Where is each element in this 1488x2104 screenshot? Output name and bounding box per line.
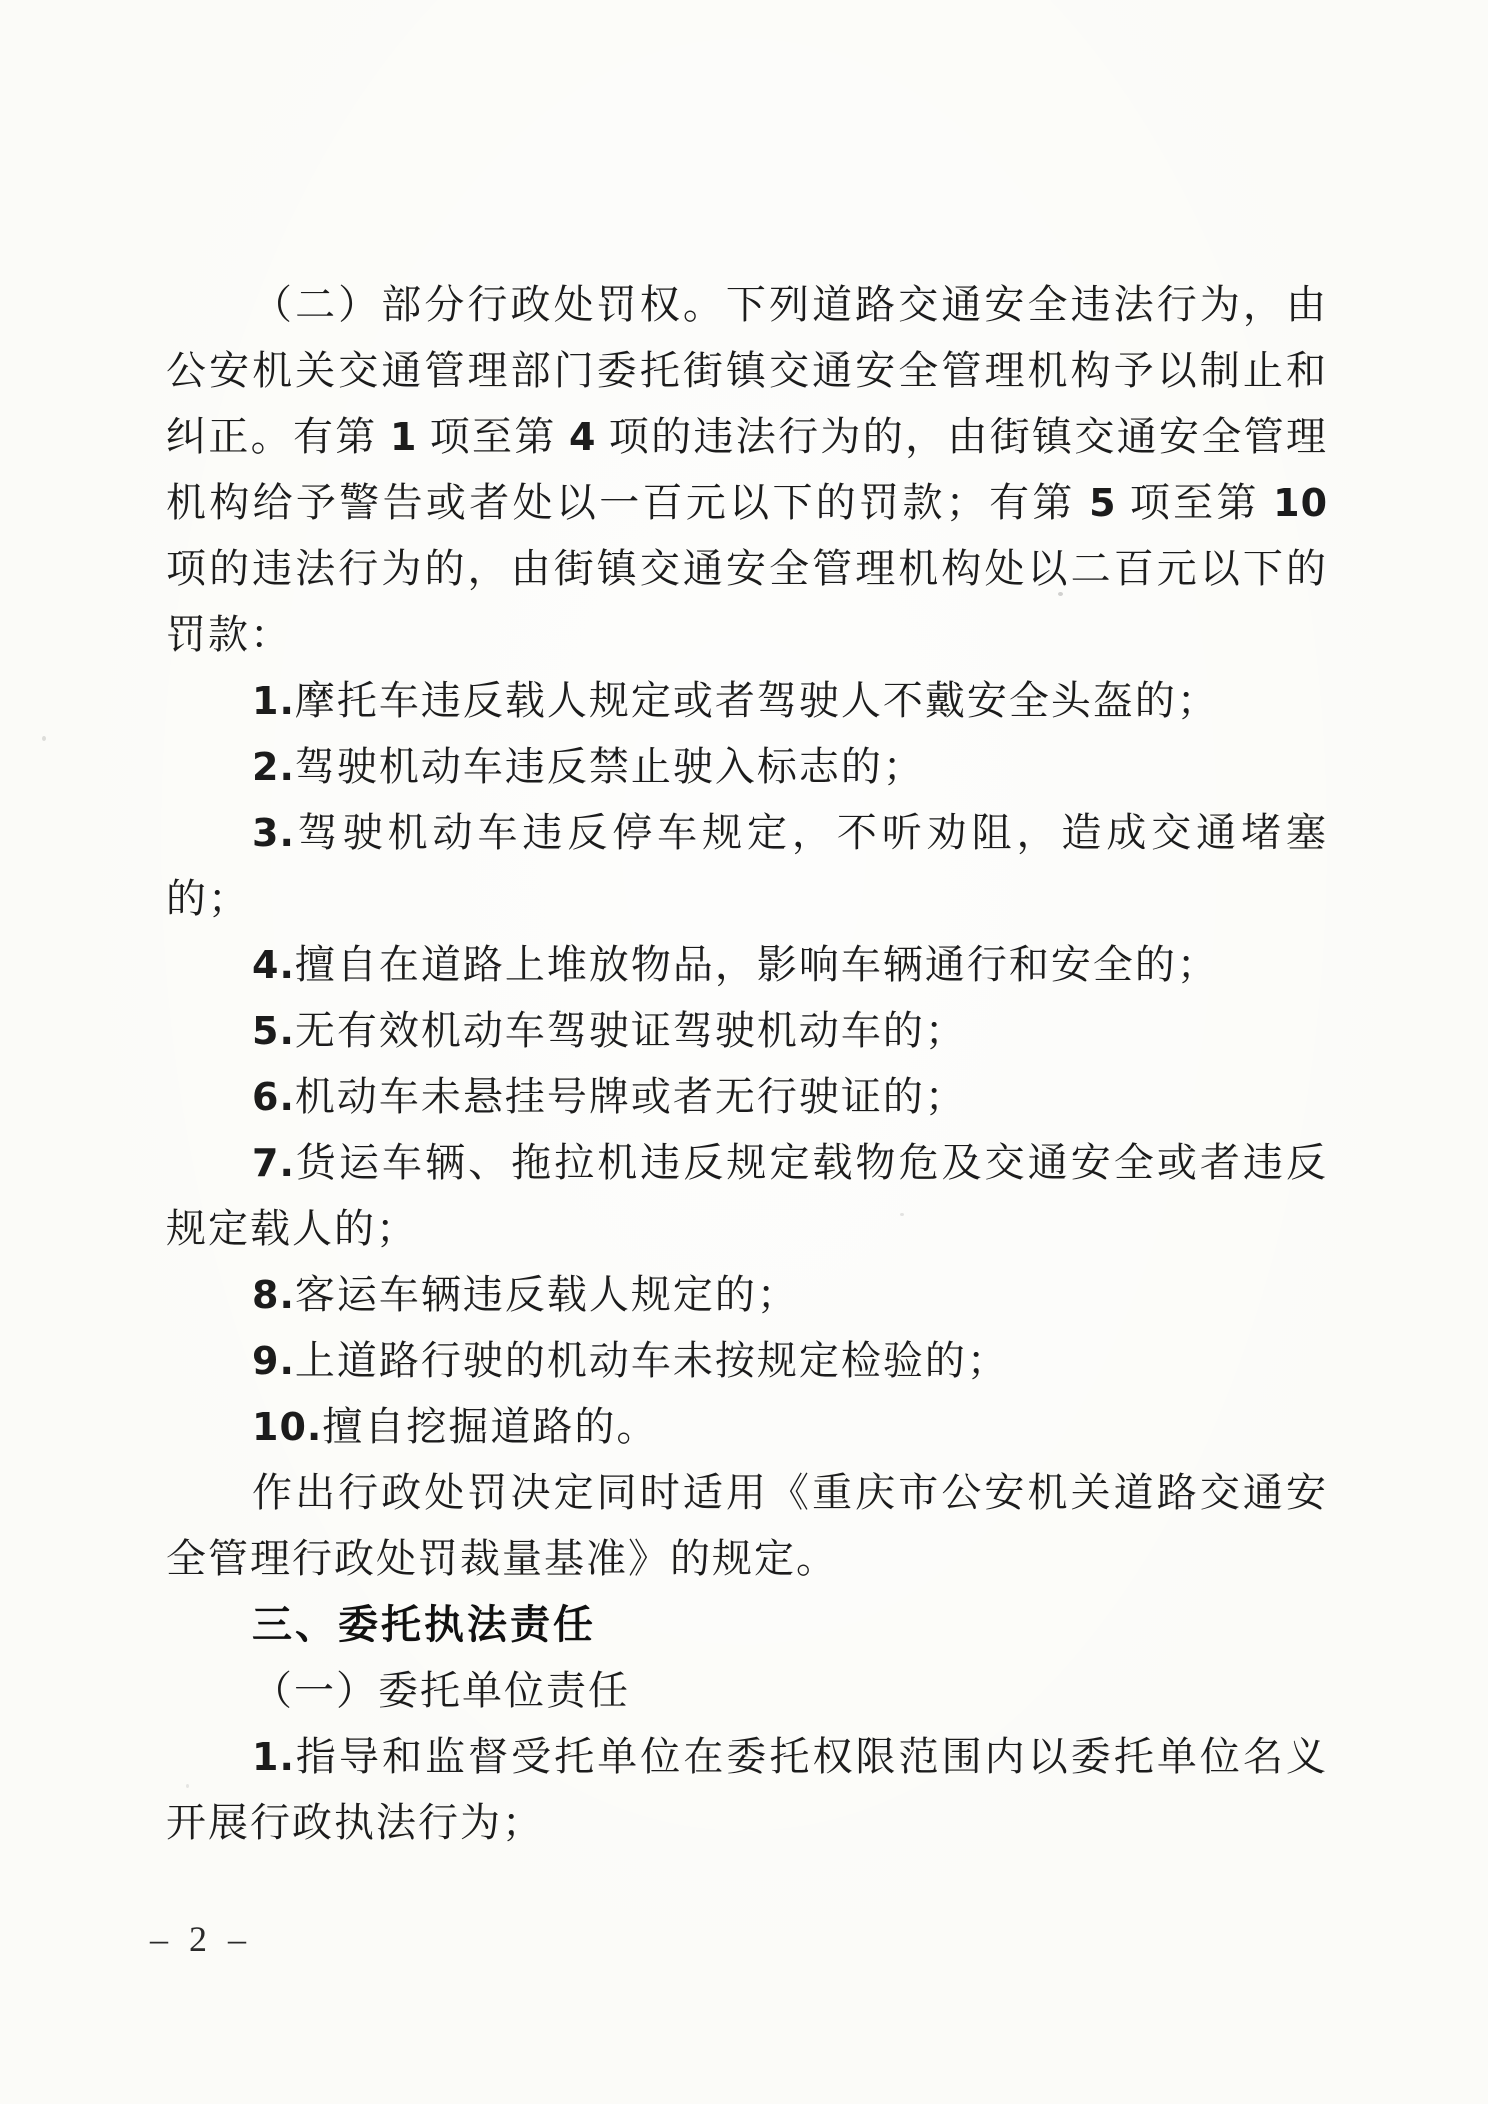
item-text: 货运车辆、拖拉机违反规定载物危及交通安全或者违反规定载人的； bbox=[166, 1140, 1328, 1251]
violation-item-2: 2.驾驶机动车违反禁止驶入标志的； bbox=[166, 734, 1328, 800]
paragraph-delegated-penalty-intro: （二）部分行政处罚权。下列道路交通安全违法行为，由公安机关交通管理部门委托街镇交… bbox=[166, 272, 1328, 668]
subsection-heading-entrusting-unit-duty: （一）委托单位责任 bbox=[166, 1658, 1328, 1724]
violation-item-4: 4.擅自在道路上堆放物品，影响车辆通行和安全的； bbox=[166, 932, 1328, 998]
item-number: 2. bbox=[252, 745, 295, 789]
item-text: 无有效机动车驾驶证驾驶机动车的； bbox=[295, 1008, 967, 1053]
item-number: 8. bbox=[252, 1273, 295, 1317]
paragraph-text: 项至第 bbox=[1117, 480, 1274, 525]
item-number: 3. bbox=[252, 811, 295, 855]
violation-item-10: 10.擅自挖掘道路的。 bbox=[166, 1394, 1328, 1460]
violation-item-8: 8.客运车辆违反载人规定的； bbox=[166, 1262, 1328, 1328]
paragraph-text: 项至第 bbox=[417, 414, 569, 459]
inline-item-ref-number: 1 bbox=[390, 415, 417, 459]
item-number: 7. bbox=[252, 1141, 295, 1185]
item-text: 擅自在道路上堆放物品，影响车辆通行和安全的； bbox=[295, 942, 1219, 987]
item-number: 9. bbox=[252, 1339, 295, 1383]
violation-item-6: 6.机动车未悬挂号牌或者无行驶证的； bbox=[166, 1064, 1328, 1130]
item-text: 驾驶机动车违反禁止驶入标志的； bbox=[295, 744, 925, 789]
scan-speck bbox=[900, 1213, 904, 1216]
item-number: 1. bbox=[252, 679, 295, 723]
violation-item-9: 9.上道路行驶的机动车未按规定检验的； bbox=[166, 1328, 1328, 1394]
violation-item-7: 7.货运车辆、拖拉机违反规定载物危及交通安全或者违反规定载人的； bbox=[166, 1130, 1328, 1262]
item-number: 1. bbox=[252, 1735, 295, 1779]
item-text: 指导和监督受托单位在委托权限范围内以委托单位名义开展行政执法行为； bbox=[166, 1734, 1328, 1845]
item-text: 客运车辆违反载人规定的； bbox=[295, 1272, 799, 1317]
item-text: 驾驶机动车违反停车规定，不听劝阻，造成交通堵塞的； bbox=[166, 810, 1328, 921]
item-text: 上道路行驶的机动车未按规定检验的； bbox=[295, 1338, 1009, 1383]
page-number: – 2 – bbox=[150, 1918, 252, 1960]
item-number: 10. bbox=[252, 1405, 322, 1449]
item-number: 5. bbox=[252, 1009, 295, 1053]
scan-speck bbox=[186, 1784, 189, 1788]
violation-item-1: 1.摩托车违反载人规定或者驾驶人不戴安全头盔的； bbox=[166, 668, 1328, 734]
item-text: 机动车未悬挂号牌或者无行驶证的； bbox=[295, 1074, 967, 1119]
paragraph-text: 项的违法行为的，由街镇交通安全管理机构处以二百元以下的罚款： bbox=[166, 546, 1328, 657]
inline-item-ref-number: 5 bbox=[1089, 481, 1116, 525]
violation-item-3: 3.驾驶机动车违反停车规定，不听劝阻，造成交通堵塞的； bbox=[166, 800, 1328, 932]
item-number: 4. bbox=[252, 943, 295, 987]
item-number: 6. bbox=[252, 1075, 295, 1119]
inline-item-ref-number: 10 bbox=[1273, 481, 1328, 525]
inline-item-ref-number: 4 bbox=[569, 415, 596, 459]
scanned-document-page: （二）部分行政处罚权。下列道路交通安全违法行为，由公安机关交通管理部门委托街镇交… bbox=[0, 0, 1488, 2104]
section-heading-entrusted-law-enforcement: 三、委托执法责任 bbox=[166, 1592, 1328, 1658]
item-text: 摩托车违反载人规定或者驾驶人不戴安全头盔的； bbox=[295, 678, 1219, 723]
scan-speck bbox=[42, 736, 46, 741]
duty-item-1: 1.指导和监督受托单位在委托权限范围内以委托单位名义开展行政执法行为； bbox=[166, 1724, 1328, 1856]
paragraph-penalty-basis: 作出行政处罚决定同时适用《重庆市公安机关道路交通安全管理行政处罚裁量基准》的规定… bbox=[166, 1460, 1328, 1592]
document-body: （二）部分行政处罚权。下列道路交通安全违法行为，由公安机关交通管理部门委托街镇交… bbox=[166, 272, 1328, 1856]
item-text: 擅自挖掘道路的。 bbox=[322, 1404, 658, 1449]
violation-item-5: 5.无有效机动车驾驶证驾驶机动车的； bbox=[166, 998, 1328, 1064]
scan-speck bbox=[1058, 592, 1063, 596]
